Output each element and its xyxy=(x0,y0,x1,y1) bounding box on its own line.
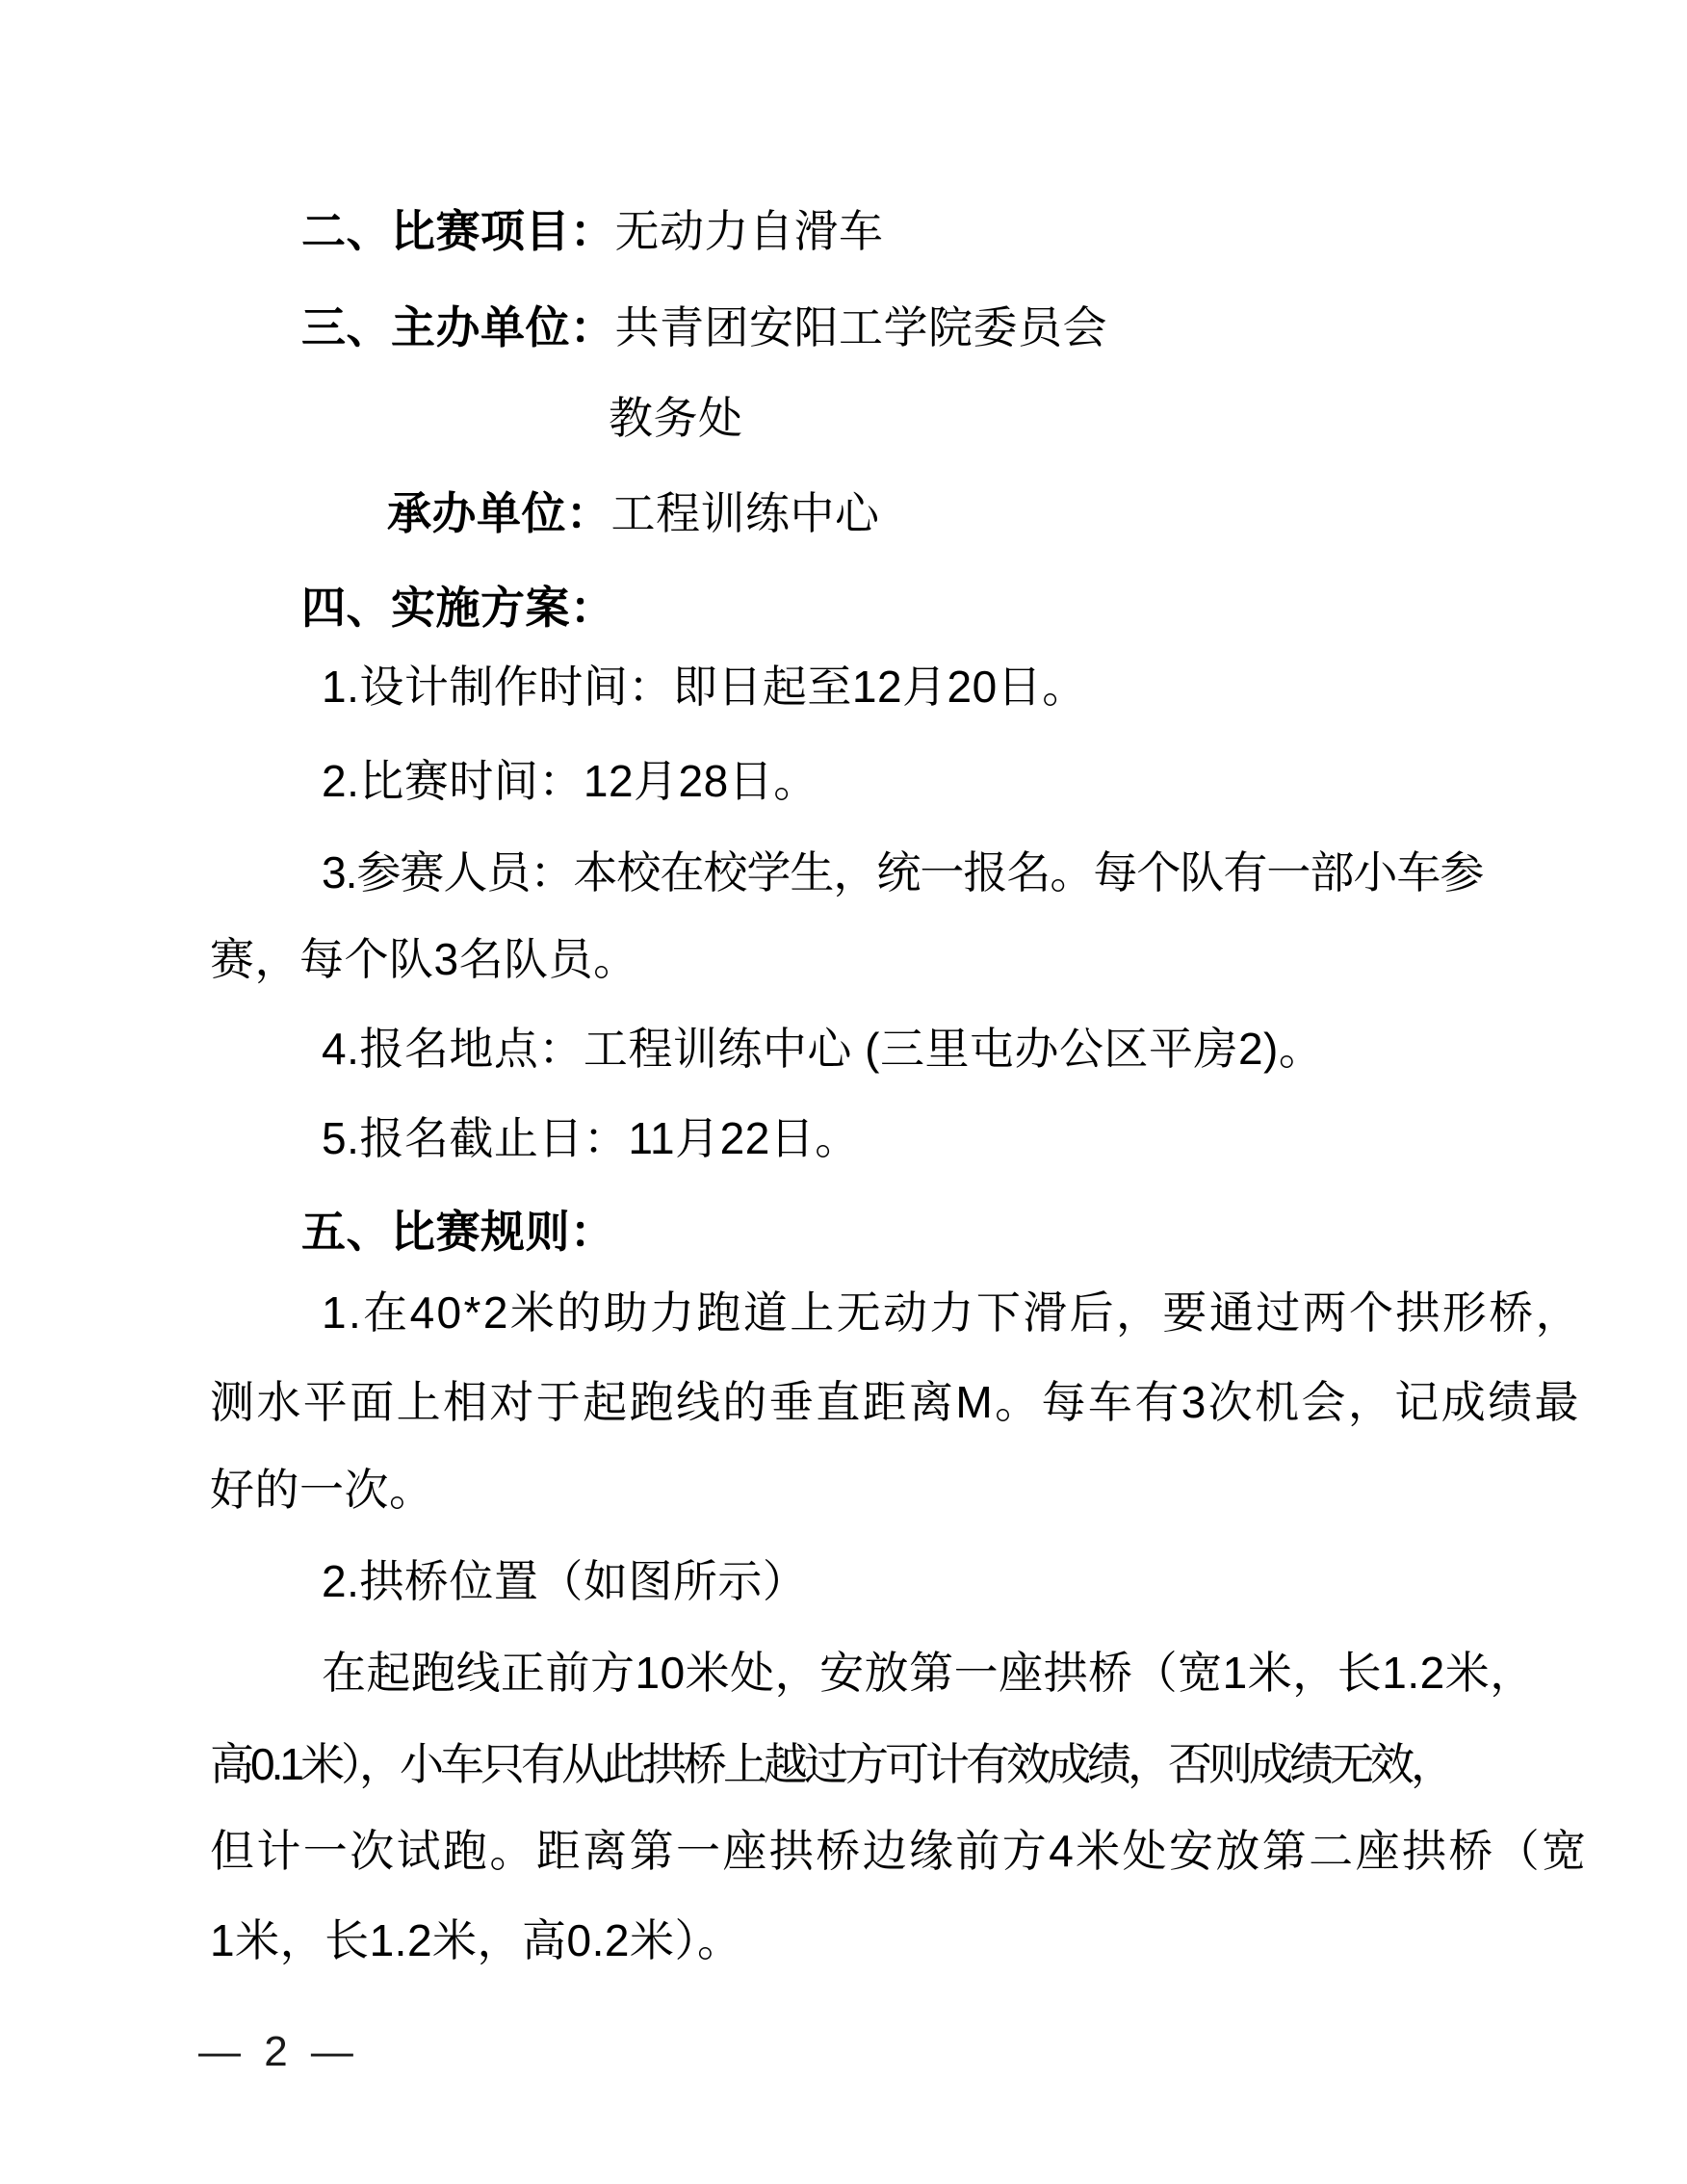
line-competition-rules-heading: 五、比赛规则： xyxy=(301,1209,615,1256)
line-competition-event: 二、比赛项目：无动力自滑车 xyxy=(301,209,884,255)
item-participants-cont-text: 赛，每个队3名队员。 xyxy=(210,934,638,984)
line-host-organizer-dept: 教务处 xyxy=(609,396,743,442)
item-registration-place-text: 4.报名地点：工程训练中心 (三里屯办公区平房2)。 xyxy=(322,1024,1323,1074)
document-page: 二、比赛项目：无动力自滑车 三、主办单位：共青团安阳工学院委员会 教务处 承办单… xyxy=(0,0,1687,2184)
host-organizer-dept-value: 教务处 xyxy=(609,393,743,443)
rule-2-para-4-text: 1米，长1.2米，高0.2米）。 xyxy=(210,1915,741,1965)
line-undertaking-organizer: 承办单位：工程训练中心 xyxy=(387,491,880,537)
item-design-time-text: 1.设计制作时间：即日起至12月20日。 xyxy=(322,662,1087,712)
rule-2-para-1-text: 在起跑线正前方10米处，安放第一座拱桥（宽1米，长1.2米， xyxy=(322,1648,1535,1698)
item-competition-date-text: 2.比赛时间：12月28日。 xyxy=(322,756,818,806)
line-rule-2: 2.拱桥位置（如图所示） xyxy=(322,1559,807,1605)
line-rule-1-cont-2: 好的一次。 xyxy=(210,1468,434,1514)
competition-event-value: 无动力自滑车 xyxy=(615,206,884,256)
rule-1-cont-1-text: 测水平面上相对于起跑线的垂直距离M。每车有3次机会，记成绩最 xyxy=(210,1377,1581,1427)
undertaking-organizer-label: 承办单位： xyxy=(387,488,611,538)
rule-2-para-2-text: 高0.1米），小车只有从此拱桥上越过方可计有效成绩，否则成绩无效， xyxy=(210,1739,1451,1789)
host-organizer-value: 共青团安阳工学院委员会 xyxy=(615,302,1108,352)
page-number: — 2 — xyxy=(198,2028,359,2076)
line-host-organizer: 三、主办单位：共青团安阳工学院委员会 xyxy=(301,305,1107,351)
item-participants-text: 3.参赛人员：本校在校学生，统一报名。每个队有一部小车参 xyxy=(322,847,1483,897)
rule-1-cont-2-text: 好的一次。 xyxy=(210,1465,434,1515)
line-rule-1: 1.在40*2米的助力跑道上无动力下滑后，要通过两个拱形桥， xyxy=(322,1290,1582,1337)
undertaking-organizer-value: 工程训练中心 xyxy=(611,488,880,538)
rule-1-text: 1.在40*2米的助力跑道上无动力下滑后，要通过两个拱形桥， xyxy=(322,1287,1582,1338)
line-rule-2-para-2: 高0.1米），小车只有从此拱桥上越过方可计有效成绩，否则成绩无效， xyxy=(210,1742,1451,1788)
line-item-participants: 3.参赛人员：本校在校学生，统一报名。每个队有一部小车参 xyxy=(322,850,1483,897)
line-implementation-plan-heading: 四、实施方案： xyxy=(301,585,615,632)
host-organizer-label: 三、主办单位： xyxy=(301,302,615,352)
rule-2-text: 2.拱桥位置（如图所示） xyxy=(322,1556,807,1606)
line-item-registration-place: 4.报名地点：工程训练中心 (三里屯办公区平房2)。 xyxy=(322,1027,1323,1073)
line-rule-2-para-4: 1米，长1.2米，高0.2米）。 xyxy=(210,1918,741,1964)
line-rule-2-para-3: 但计一次试跑。距离第一座拱桥边缘前方4米处安放第二座拱桥（宽 xyxy=(210,1829,1589,1875)
competition-event-label: 二、比赛项目： xyxy=(301,206,615,256)
line-item-design-time: 1.设计制作时间：即日起至12月20日。 xyxy=(322,664,1087,711)
rule-2-para-3-text: 但计一次试跑。距离第一座拱桥边缘前方4米处安放第二座拱桥（宽 xyxy=(210,1826,1589,1876)
line-item-competition-date: 2.比赛时间：12月28日。 xyxy=(322,759,818,805)
competition-rules-label: 五、比赛规则： xyxy=(301,1207,615,1257)
item-registration-deadline-text: 5.报名截止日：11月22日。 xyxy=(322,1113,860,1163)
line-item-participants-cont: 赛，每个队3名队员。 xyxy=(210,937,638,983)
line-item-registration-deadline: 5.报名截止日：11月22日。 xyxy=(322,1116,860,1162)
line-rule-2-para-1: 在起跑线正前方10米处，安放第一座拱桥（宽1米，长1.2米， xyxy=(322,1651,1535,1697)
implementation-plan-label: 四、实施方案： xyxy=(301,583,615,633)
line-rule-1-cont-1: 测水平面上相对于起跑线的垂直距离M。每车有3次机会，记成绩最 xyxy=(210,1380,1581,1426)
